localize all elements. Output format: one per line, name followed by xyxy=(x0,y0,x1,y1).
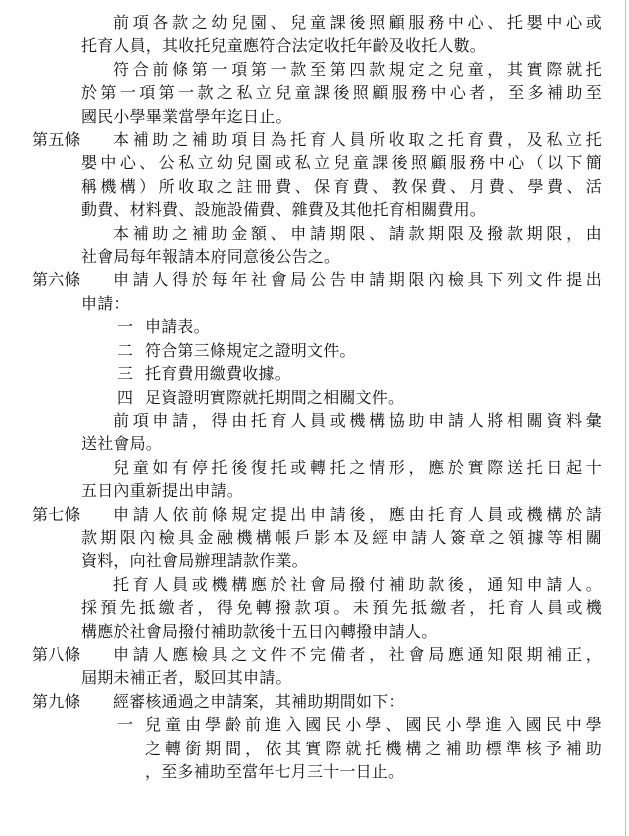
text-line: 屆期未補正者，駁回其申請。 xyxy=(32,667,602,690)
text-line: 第九條經審核通過之申請案，其補助期間如下： xyxy=(32,691,602,714)
article-number: 第七條 xyxy=(32,504,113,527)
line-text: 前項各款之幼兒園、兒童課後照顧服務中心、托嬰中心或 xyxy=(113,12,602,35)
text-line: 本補助之補助金額、申請期限、請款期限及撥款期限，由 xyxy=(32,223,602,246)
line-text: 托育人員或機構應於社會局撥付補助款後，通知申請人。 xyxy=(113,574,602,597)
line-text: 社會局每年報請本府同意後公告之。 xyxy=(81,246,602,269)
line-text: 送社會局。 xyxy=(81,433,602,456)
text-line: 托育人員或機構應於社會局撥付補助款後，通知申請人。 xyxy=(32,574,602,597)
article-number: 第五條 xyxy=(32,129,113,152)
text-line: 前項申請，得由托育人員或機構協助申請人將相關資料彙 xyxy=(32,410,602,433)
line-text: 資料，向社會局辦理請款作業。 xyxy=(81,550,602,573)
text-line: 符合前條第一項第一款至第四款規定之兒童，其實際就托 xyxy=(32,59,602,82)
line-text: 之轉銜期間，依其實際就托機構之補助標準核予補助 xyxy=(145,738,602,761)
line-text: 動費、材料費、設施設備費、雜費及其他托育相關費用。 xyxy=(81,199,602,222)
list-number: 三 xyxy=(117,363,145,386)
text-line: 稱機構）所收取之註冊費、保育費、教保費、月費、學費、活 xyxy=(32,176,602,199)
line-text: 於第一項第一款之私立兒童課後照顧服務中心者，至多補助至 xyxy=(81,82,602,105)
list-number: 一 xyxy=(117,714,145,737)
line-text: 本補助之補助項目為托育人員所收取之托育費，及私立托 xyxy=(113,129,602,152)
text-line: 款期限內檢具金融機構帳戶影本及經申請人簽章之領據等相關 xyxy=(32,527,602,550)
line-text: 申請表。 xyxy=(145,316,602,339)
line-text: 本補助之補助金額、申請期限、請款期限及撥款期限，由 xyxy=(113,223,602,246)
line-text: 申請人得於每年社會局公告申請期限內檢具下列文件提出 xyxy=(113,269,602,292)
text-line: 之轉銜期間，依其實際就托機構之補助標準核予補助 xyxy=(32,738,602,761)
line-text: 採預先抵繳者，得免轉撥款項。未預先抵繳者，托育人員或機 xyxy=(81,597,602,620)
article-number: 第九條 xyxy=(32,691,113,714)
text-line: 四足資證明實際就托期間之相關文件。 xyxy=(32,387,602,410)
list-number: 二 xyxy=(117,340,145,363)
text-line: 於第一項第一款之私立兒童課後照顧服務中心者，至多補助至 xyxy=(32,82,602,105)
line-text: 構應於社會局撥付補助款後十五日內轉撥申請人。 xyxy=(81,621,602,644)
text-line: 第五條本補助之補助項目為托育人員所收取之托育費，及私立托 xyxy=(32,129,602,152)
text-line: 三托育費用繳費收據。 xyxy=(32,363,602,386)
text-line: 動費、材料費、設施設備費、雜費及其他托育相關費用。 xyxy=(32,199,602,222)
line-text: 經審核通過之申請案，其補助期間如下： xyxy=(113,691,602,714)
text-line: 一申請表。 xyxy=(32,316,602,339)
text-line: 五日內重新提出申請。 xyxy=(32,480,602,503)
text-line: 採預先抵繳者，得免轉撥款項。未預先抵繳者，托育人員或機 xyxy=(32,597,602,620)
line-text: 嬰中心、公私立幼兒園或私立兒童課後照顧服務中心（以下簡 xyxy=(81,152,602,175)
line-text: 申請人依前條規定提出申請後，應由托育人員或機構於請 xyxy=(113,504,602,527)
text-line: 社會局每年報請本府同意後公告之。 xyxy=(32,246,602,269)
list-number: 一 xyxy=(117,316,145,339)
line-text: 兒童如有停托後復托或轉托之情形，應於實際送托日起十 xyxy=(113,457,602,480)
text-line: 第八條申請人應檢具之文件不完備者，社會局應通知限期補正， xyxy=(32,644,602,667)
text-line: 送社會局。 xyxy=(32,433,602,456)
text-line: 國民小學畢業當學年迄日止。 xyxy=(32,106,602,129)
text-line: 二符合第三條規定之證明文件。 xyxy=(32,340,602,363)
text-line: 第七條申請人依前條規定提出申請後，應由托育人員或機構於請 xyxy=(32,504,602,527)
line-text: ，至多補助至當年七月三十一日止。 xyxy=(145,761,602,784)
line-text: 五日內重新提出申請。 xyxy=(81,480,602,503)
line-text: 兒童由學齡前進入國民小學、國民小學進入國民中學 xyxy=(145,714,602,737)
line-text: 符合第三條規定之證明文件。 xyxy=(145,340,602,363)
text-line: 申請： xyxy=(32,293,602,316)
line-text: 國民小學畢業當學年迄日止。 xyxy=(81,106,602,129)
list-number: 四 xyxy=(117,387,145,410)
line-text: 托育人員，其收托兒童應符合法定收托年齡及收托人數。 xyxy=(81,35,602,58)
text-line: 兒童如有停托後復托或轉托之情形，應於實際送托日起十 xyxy=(32,457,602,480)
text-line: 一兒童由學齡前進入國民小學、國民小學進入國民中學 xyxy=(32,714,602,737)
line-text: 申請： xyxy=(81,293,602,316)
article-number: 第八條 xyxy=(32,644,113,667)
text-line: ，至多補助至當年七月三十一日止。 xyxy=(32,761,602,784)
text-line: 嬰中心、公私立幼兒園或私立兒童課後照顧服務中心（以下簡 xyxy=(32,152,602,175)
line-text: 款期限內檢具金融機構帳戶影本及經申請人簽章之領據等相關 xyxy=(81,527,602,550)
text-line: 構應於社會局撥付補助款後十五日內轉撥申請人。 xyxy=(32,621,602,644)
page-edge-divider xyxy=(625,0,626,836)
text-line: 第六條申請人得於每年社會局公告申請期限內檢具下列文件提出 xyxy=(32,269,602,292)
line-text: 足資證明實際就托期間之相關文件。 xyxy=(145,387,602,410)
document-page: 前項各款之幼兒園、兒童課後照顧服務中心、托嬰中心或托育人員，其收托兒童應符合法定… xyxy=(32,12,602,784)
text-line: 資料，向社會局辦理請款作業。 xyxy=(32,550,602,573)
line-text: 屆期未補正者，駁回其申請。 xyxy=(81,667,602,690)
line-text: 前項申請，得由托育人員或機構協助申請人將相關資料彙 xyxy=(113,410,602,433)
article-number: 第六條 xyxy=(32,269,113,292)
line-text: 托育費用繳費收據。 xyxy=(145,363,602,386)
text-line: 托育人員，其收托兒童應符合法定收托年齡及收托人數。 xyxy=(32,35,602,58)
line-text: 稱機構）所收取之註冊費、保育費、教保費、月費、學費、活 xyxy=(81,176,602,199)
text-line: 前項各款之幼兒園、兒童課後照顧服務中心、托嬰中心或 xyxy=(32,12,602,35)
line-text: 申請人應檢具之文件不完備者，社會局應通知限期補正， xyxy=(113,644,602,667)
line-text: 符合前條第一項第一款至第四款規定之兒童，其實際就托 xyxy=(113,59,602,82)
